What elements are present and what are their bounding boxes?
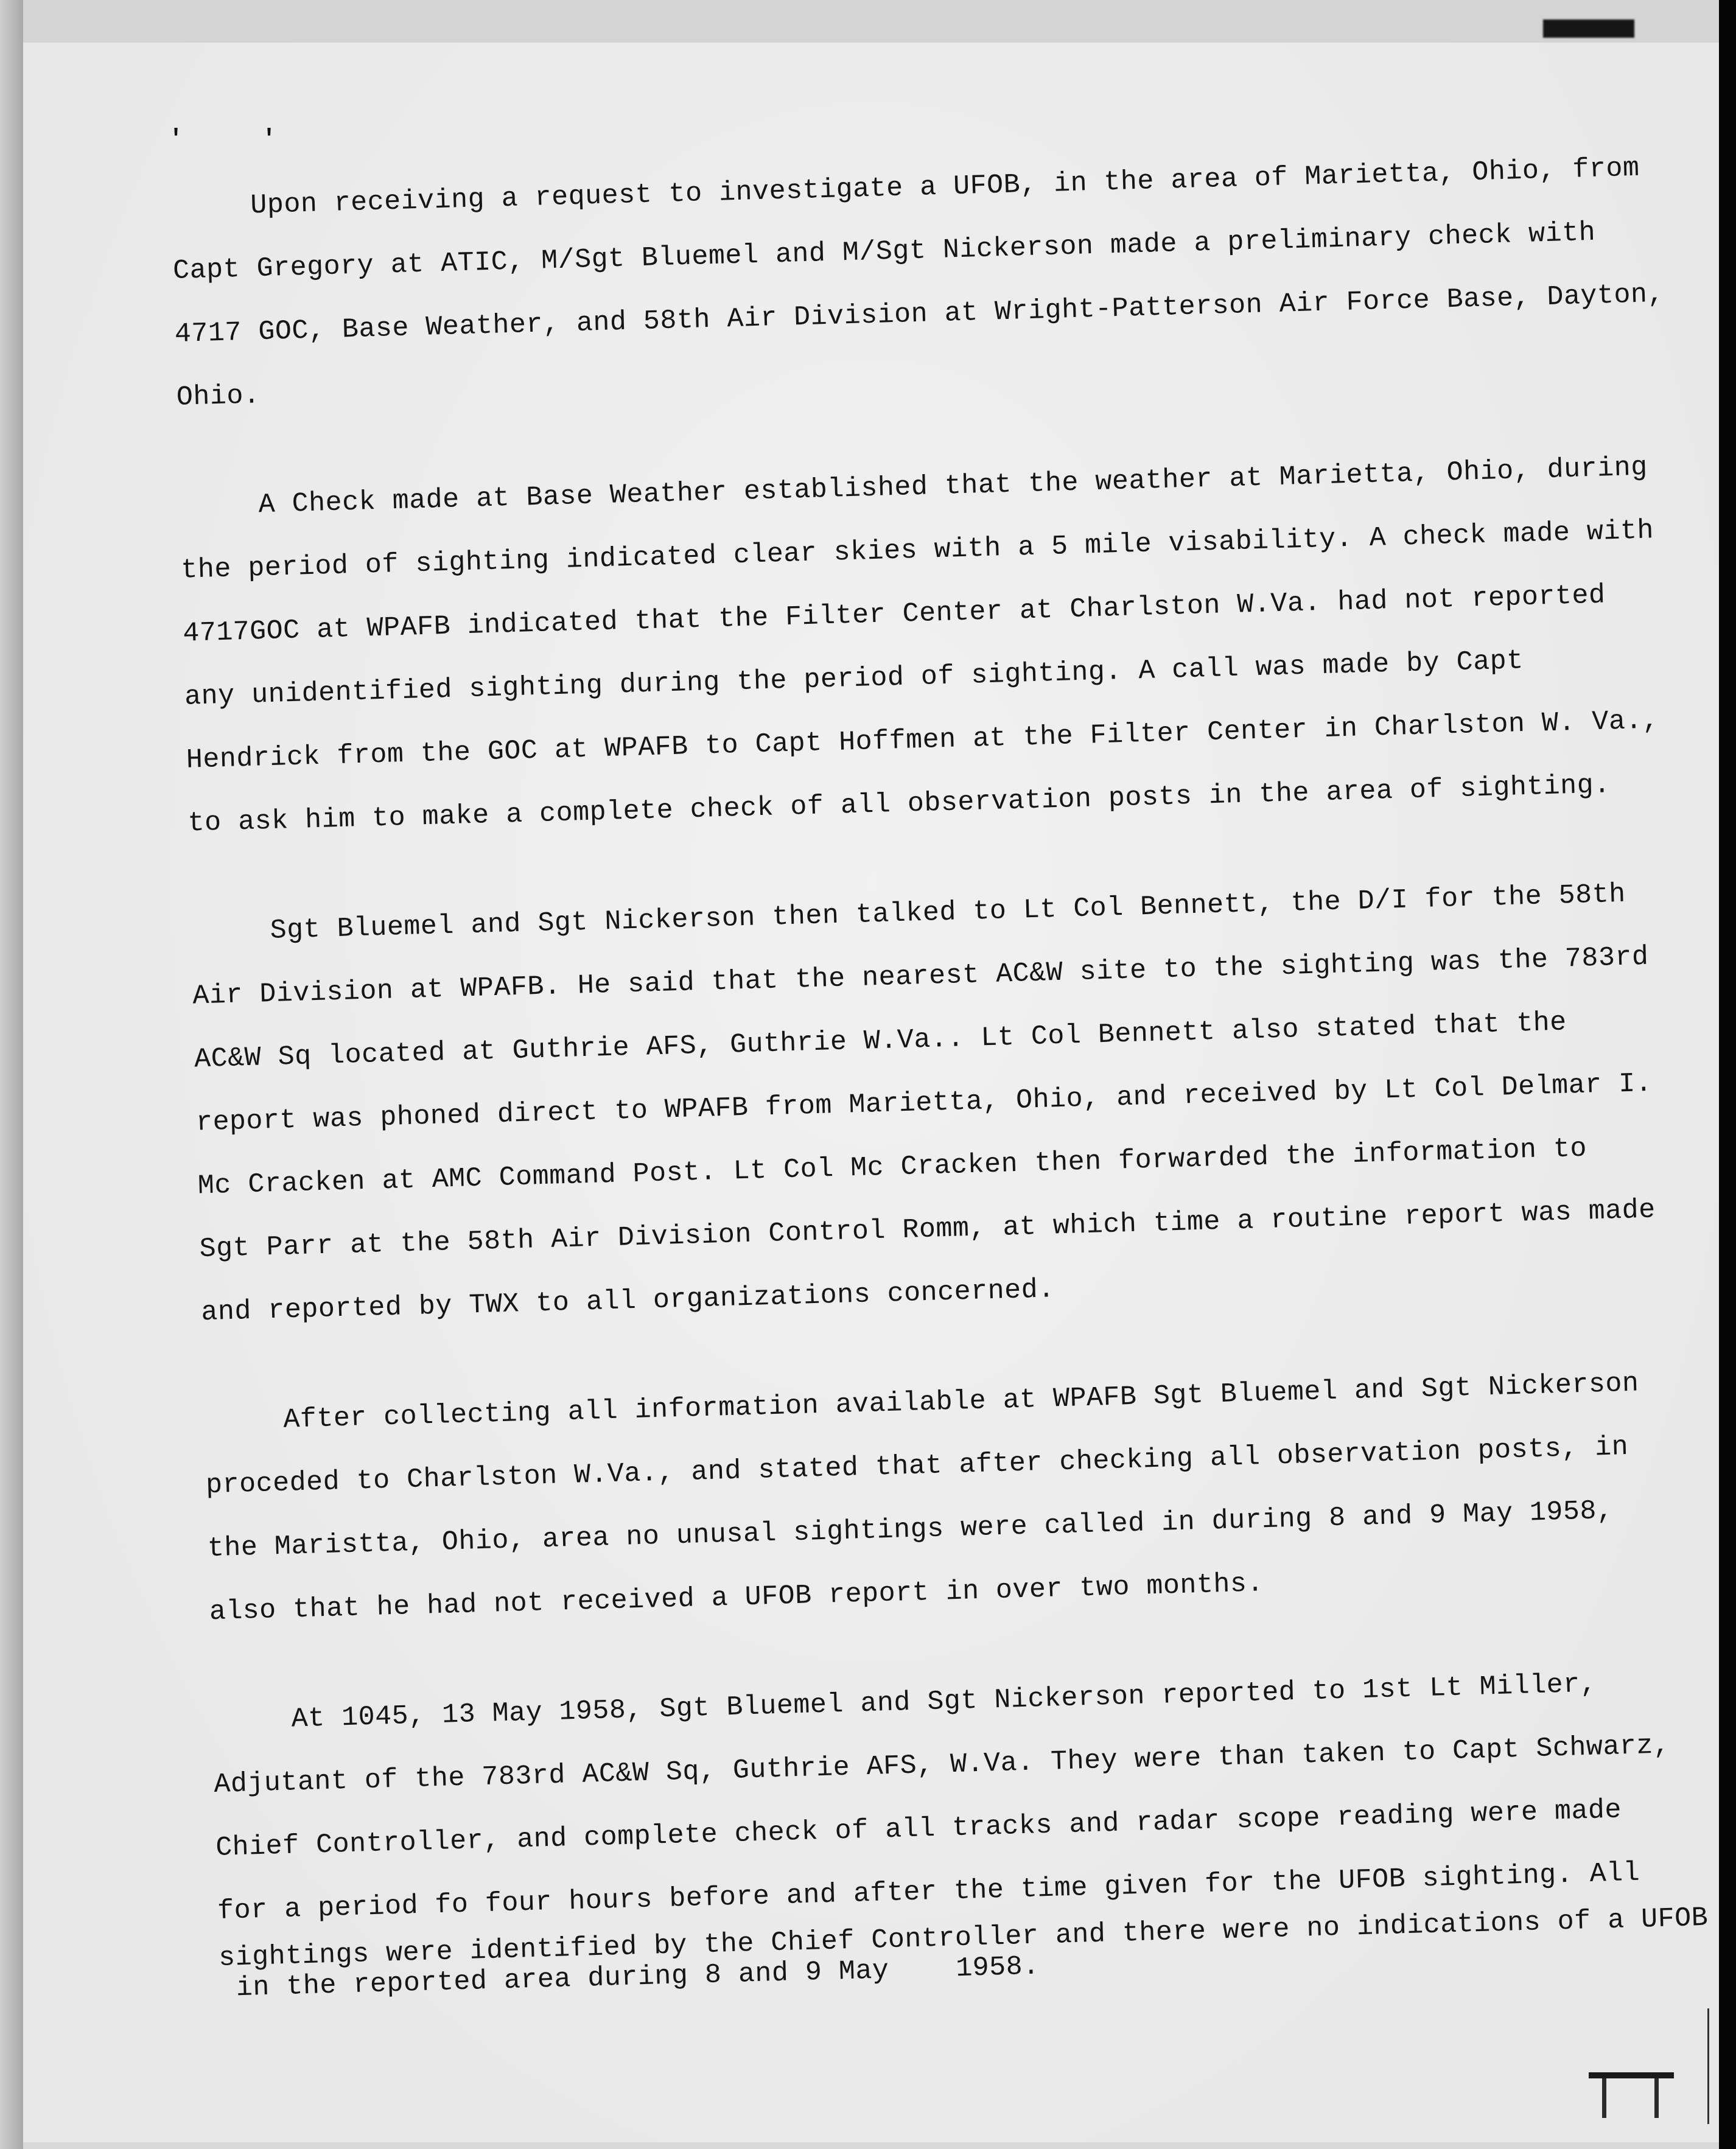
- stray-mark: ': [262, 127, 276, 154]
- paragraph-5: At 1045, 13 May 1958, Sgt Bluemel and Sg…: [211, 1650, 1704, 2004]
- document-body: Upon receiving a request to investigate …: [170, 136, 1704, 2004]
- scan-border-right: [1719, 0, 1736, 2149]
- paragraph-2: A Check made at Base Weather established…: [178, 436, 1673, 856]
- scan-border-top: [0, 0, 1736, 43]
- paragraph-4: After collecting all information availab…: [203, 1351, 1695, 1644]
- scan-border-left: [0, 0, 23, 2149]
- page-edge-rule: [1707, 2008, 1709, 2124]
- paragraph-1: Upon receiving a request to investigate …: [170, 136, 1662, 430]
- corner-bracket-mark: [1589, 2072, 1674, 2124]
- paragraph-3: Sgt Bluemel and Sgt Nickerson then talke…: [190, 862, 1687, 1345]
- redaction-mark: [1543, 19, 1634, 38]
- stray-mark: ': [169, 127, 183, 154]
